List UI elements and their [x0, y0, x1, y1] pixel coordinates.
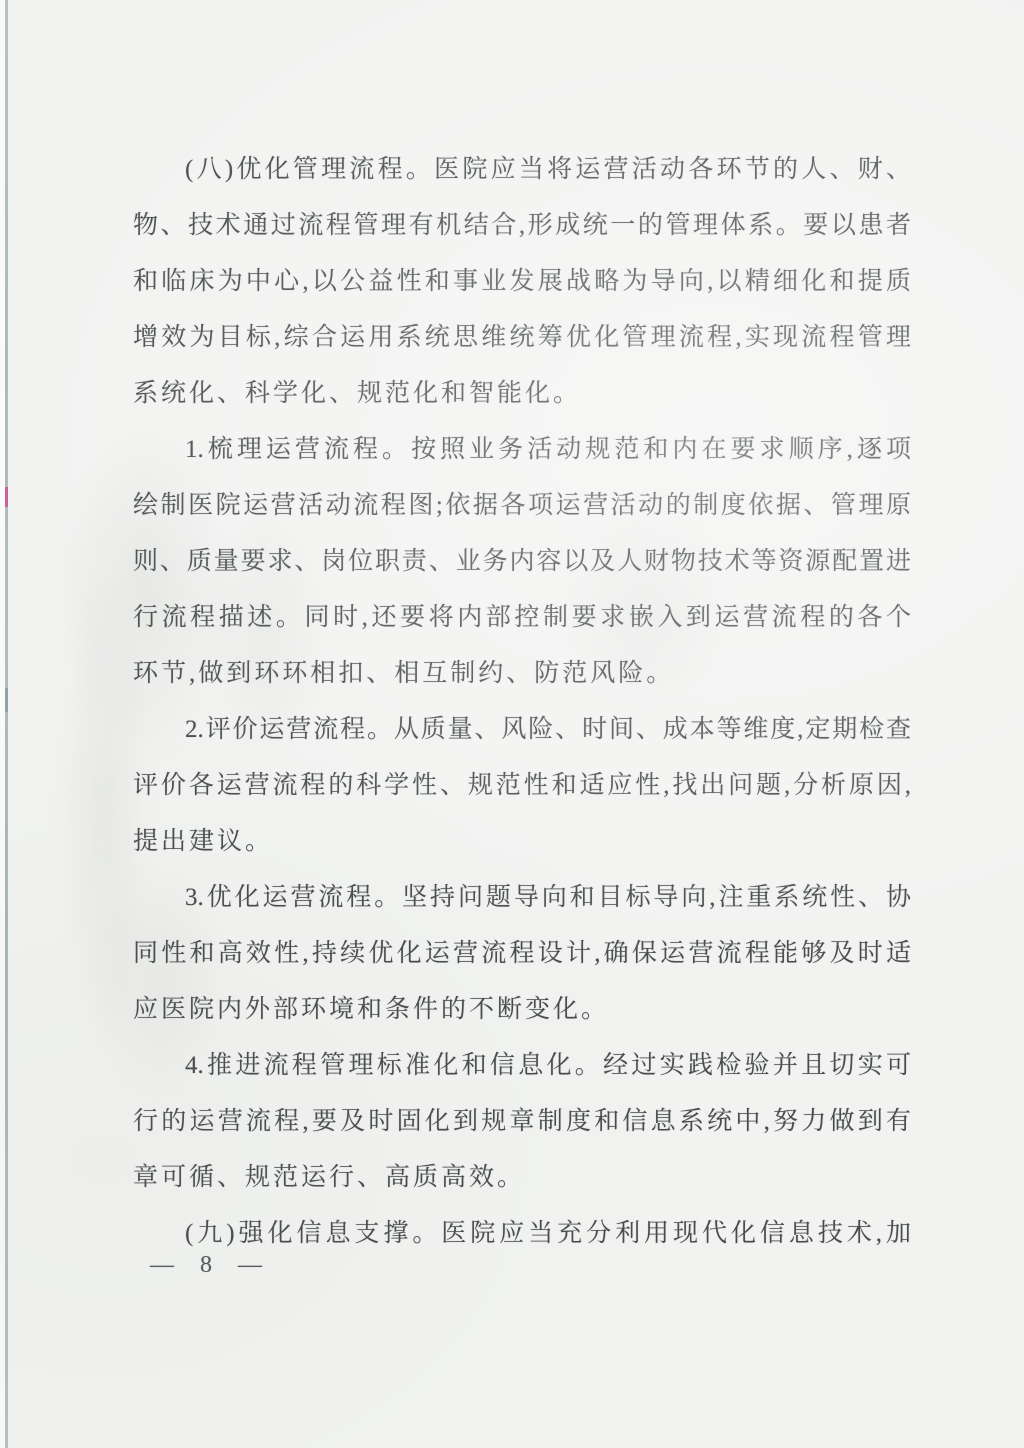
text-line: 章可循、规范运行、高质高效。	[133, 1150, 911, 1206]
text-line: 4.推进流程管理标准化和信息化。经过实践检验并且切实可	[133, 1038, 911, 1094]
text-line: 3.优化运营流程。坚持问题导向和目标导向,注重系统性、协	[133, 870, 911, 926]
scan-edge-line	[5, 0, 8, 1448]
paragraph: 4.推进流程管理标准化和信息化。经过实践检验并且切实可行的运营流程,要及时固化到…	[133, 1038, 911, 1206]
scanned-document-page: (八)优化管理流程。医院应当将运营活动各环节的人、财、物、技术通过流程管理有机结…	[0, 0, 1024, 1448]
paragraph: 1.梳理运营流程。按照业务活动规范和内在要求顺序,逐项绘制医院运营活动流程图;依…	[133, 422, 911, 702]
text-line: 物、技术通过流程管理有机结合,形成统一的管理体系。要以患者	[133, 198, 911, 254]
text-line: 1.梳理运营流程。按照业务活动规范和内在要求顺序,逐项	[133, 422, 911, 478]
text-line: 应医院内外部环境和条件的不断变化。	[133, 982, 911, 1038]
text-line: 2.评价运营流程。从质量、风险、时间、成本等维度,定期检查	[133, 702, 911, 758]
scan-edge-mark-pink	[5, 487, 8, 507]
text-line: 绘制医院运营活动流程图;依据各项运营活动的制度依据、管理原	[133, 478, 911, 534]
scan-edge-mark-dark	[5, 688, 8, 712]
text-line: 同性和高效性,持续优化运营流程设计,确保运营流程能够及时适	[133, 926, 911, 982]
paragraph: 2.评价运营流程。从质量、风险、时间、成本等维度,定期检查评价各运营流程的科学性…	[133, 702, 911, 870]
text-line: 行流程描述。同时,还要将内部控制要求嵌入到运营流程的各个	[133, 590, 911, 646]
page-number: — 8 —	[150, 1252, 268, 1279]
text-line: 则、质量要求、岗位职责、业务内容以及人财物技术等资源配置进	[133, 534, 911, 590]
text-line: 评价各运营流程的科学性、规范性和适应性,找出问题,分析原因,	[133, 758, 911, 814]
paragraph: (八)优化管理流程。医院应当将运营活动各环节的人、财、物、技术通过流程管理有机结…	[133, 142, 911, 422]
document-body: (八)优化管理流程。医院应当将运营活动各环节的人、财、物、技术通过流程管理有机结…	[133, 142, 911, 1262]
text-line: (八)优化管理流程。医院应当将运营活动各环节的人、财、	[133, 142, 911, 198]
text-line: 系统化、科学化、规范化和智能化。	[133, 366, 911, 422]
text-line: 增效为目标,综合运用系统思维统筹优化管理流程,实现流程管理	[133, 310, 911, 366]
paragraph: 3.优化运营流程。坚持问题导向和目标导向,注重系统性、协同性和高效性,持续优化运…	[133, 870, 911, 1038]
text-line: 和临床为中心,以公益性和事业发展战略为导向,以精细化和提质	[133, 254, 911, 310]
text-line: 行的运营流程,要及时固化到规章制度和信息系统中,努力做到有	[133, 1094, 911, 1150]
text-line: 提出建议。	[133, 814, 911, 870]
text-line: 环节,做到环环相扣、相互制约、防范风险。	[133, 646, 911, 702]
